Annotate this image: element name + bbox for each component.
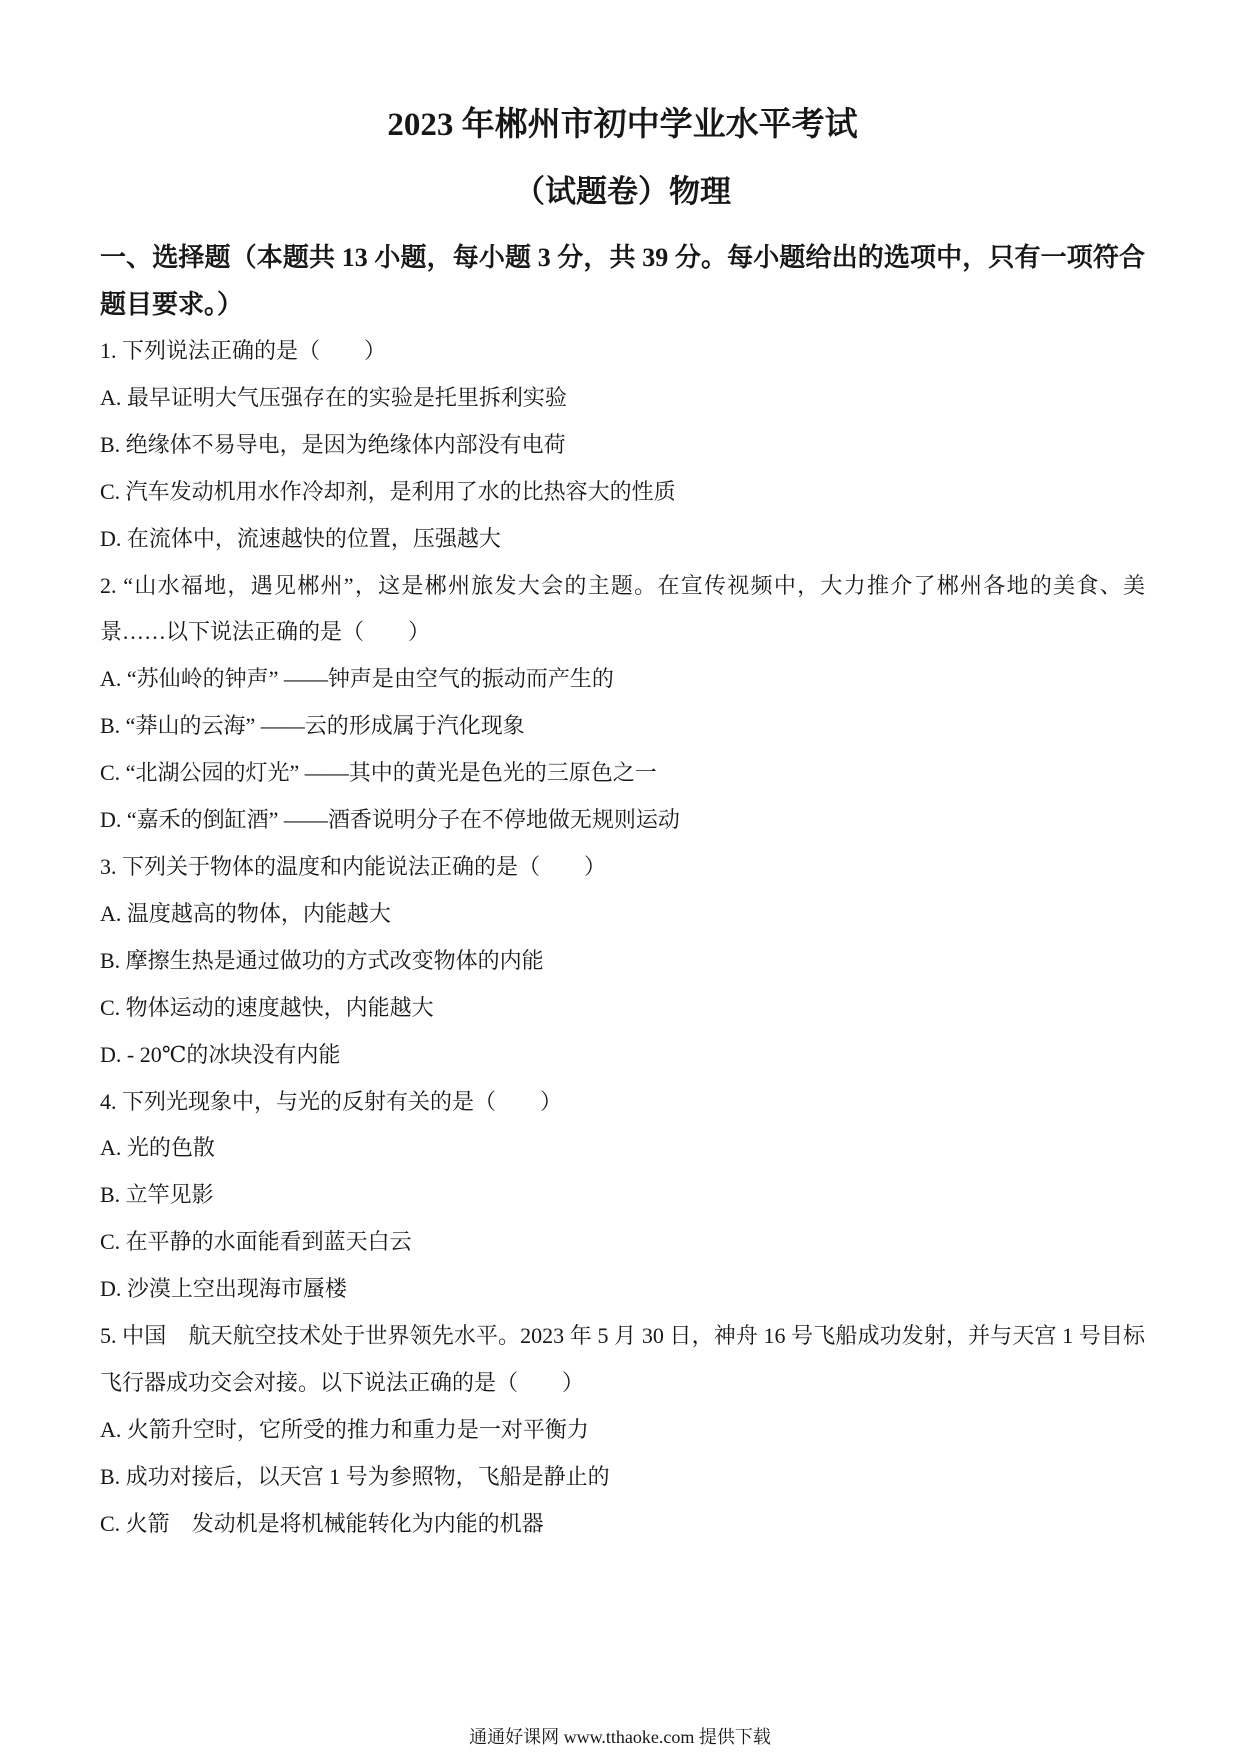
question-1-option-a: A. 最早证明大气压强存在的实验是托里拆利实验 (100, 375, 1145, 422)
question-2-option-a: A. “苏仙岭的钟声” ——钟声是由空气的振动而产生的 (100, 656, 1145, 703)
question-1-option-d: D. 在流体中，流速越快的位置，压强越大 (100, 516, 1145, 563)
question-5-option-b: B. 成功对接后，以天宫 1 号为参照物，飞船是静止的 (100, 1454, 1145, 1501)
page-footer: 通通好课网 www.tthaoke.com 提供下载 (0, 1726, 1240, 1748)
question-3-stem: 3. 下列关于物体的温度和内能说法正确的是（ ） (100, 844, 1145, 891)
question-1-option-c: C. 汽车发动机用水作冷却剂，是利用了水的比热容大的性质 (100, 469, 1145, 516)
question-3-option-b: B. 摩擦生热是通过做功的方式改变物体的内能 (100, 938, 1145, 985)
question-3-option-c: C. 物体运动的速度越快，内能越大 (100, 985, 1145, 1032)
question-4-option-b: B. 立竿见影 (100, 1172, 1145, 1219)
question-2-option-b: B. “莽山的云海” ——云的形成属于汽化现象 (100, 703, 1145, 750)
question-2-stem: 2. “山水福地，遇见郴州”，这是郴州旅发大会的主题。在宣传视频中，大力推介了郴… (100, 563, 1145, 657)
question-5-stem: 5. 中国 航天航空技术处于世界领先水平。2023 年 5 月 30 日，神舟 … (100, 1313, 1145, 1407)
question-3-option-a: A. 温度越高的物体，内能越大 (100, 891, 1145, 938)
question-1-option-b: B. 绝缘体不易导电，是因为绝缘体内部没有电荷 (100, 422, 1145, 469)
question-5-option-c: C. 火箭 发动机是将机械能转化为内能的机器 (100, 1501, 1145, 1548)
question-4-option-a: A. 光的色散 (100, 1125, 1145, 1172)
question-4-stem: 4. 下列光现象中，与光的反射有关的是（ ） (100, 1079, 1145, 1126)
question-4-option-d: D. 沙漠上空出现海市蜃楼 (100, 1266, 1145, 1313)
section-heading: 一、选择题（本题共 13 小题，每小题 3 分，共 39 分。每小题给出的选项中… (100, 234, 1145, 328)
question-5-option-a: A. 火箭升空时，它所受的推力和重力是一对平衡力 (100, 1407, 1145, 1454)
page-subtitle: （试题卷）物理 (100, 174, 1145, 210)
question-4-option-c: C. 在平静的水面能看到蓝天白云 (100, 1219, 1145, 1266)
question-3-option-d: D. - 20℃的冰块没有内能 (100, 1032, 1145, 1079)
page-title: 2023 年郴州市初中学业水平考试 (100, 106, 1145, 144)
exam-document-page: 2023 年郴州市初中学业水平考试 （试题卷）物理 一、选择题（本题共 13 小… (0, 0, 1240, 1548)
question-2-option-c: C. “北湖公园的灯光” ——其中的黄光是色光的三原色之一 (100, 750, 1145, 797)
question-2-option-d: D. “嘉禾的倒缸酒” ——酒香说明分子在不停地做无规则运动 (100, 797, 1145, 844)
question-1-stem: 1. 下列说法正确的是（ ） (100, 328, 1145, 375)
